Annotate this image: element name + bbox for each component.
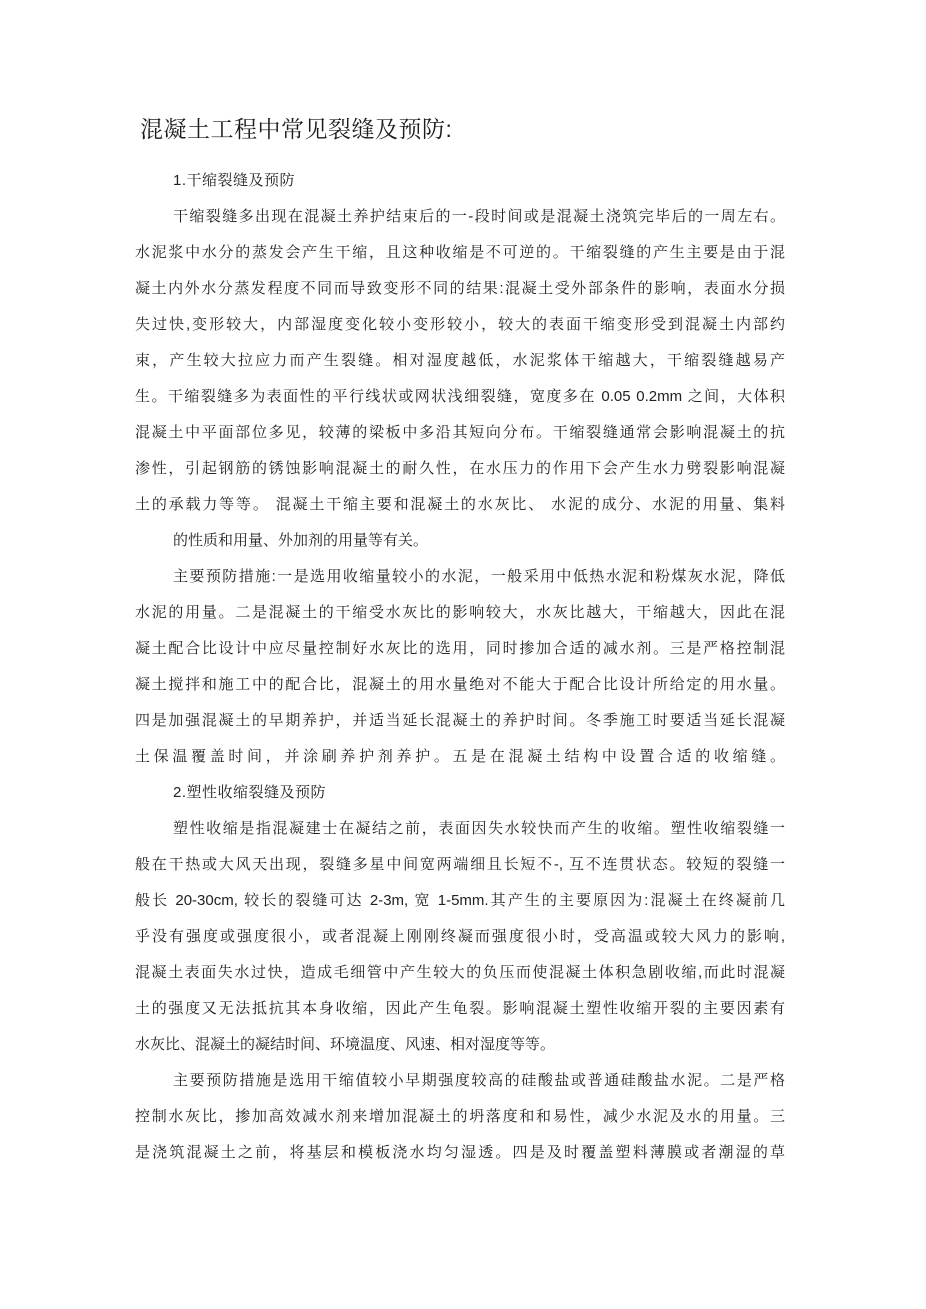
text-line: 主要预防措施是选用干缩值较小早期强度较高的硅酸盐或普通硅酸盐水泥。二是严格	[135, 1063, 785, 1099]
text-line: 般在干热或大风天出现，裂缝多星中间宽两端细且长短不-, 互不连贯状态。较短的裂缝…	[135, 847, 785, 883]
text-line: 土保温覆盖时间，并涂刷养护剂养护。五是在混凝土结构中设置合适的收缩缝。	[135, 739, 785, 775]
document-page: 混凝土工程中常见裂缝及预防: 1.干缩裂缝及预防干缩裂缝多出现在混凝土养护结束后…	[0, 0, 926, 1309]
text-line: 失过快,变形较大，内部湿度变化较小变形较小，较大的表面干缩变形受到混凝土内部约	[135, 307, 785, 343]
document-body: 1.干缩裂缝及预防干缩裂缝多出现在混凝土养护结束后的一-段时间或是混凝土浇筑完毕…	[135, 163, 785, 1171]
text-line: 土的强度又无法抵抗其本身收缩，因此产生龟裂。影响混凝土塑性收缩开裂的主要因素有	[135, 991, 785, 1027]
text-line: 塑性收缩是指混凝建士在凝结之前，表面因失水较快而产生的收缩。塑性收缩裂缝一	[135, 811, 785, 847]
text-line: 生。干缩裂缝多为表面性的平行线状或网状浅细裂缝，宽度多在 0.05 0.2mm …	[135, 379, 785, 415]
text-line: 四是加强混凝土的早期养护，并适当延长混凝土的养护时间。冬季施工时要适当延长混凝	[135, 703, 785, 739]
text-line: 水灰比、混凝土的凝结时间、环境温度、风速、相对湿度等等。	[135, 1027, 785, 1063]
section-heading: 1.干缩裂缝及预防	[135, 163, 785, 199]
text-line: 水泥浆中水分的蒸发会产生干缩，且这种收缩是不可逆的。干缩裂缝的产生主要是由于混	[135, 235, 785, 271]
text-line: 是浇筑混凝土之前，将基层和模板浇水均匀湿透。四是及时覆盖塑料薄膜或者潮湿的草	[135, 1135, 785, 1171]
text-line: 控制水灰比，掺加高效减水剂来增加混凝土的坍落度和和易性，减少水泥及水的用量。三	[135, 1099, 785, 1135]
document-title: 混凝土工程中常见裂缝及预防:	[140, 112, 452, 146]
section-heading: 2.塑性收缩裂缝及预防	[135, 775, 785, 811]
text-line: 土的承载力等等。 混凝土干缩主要和混凝土的水灰比、 水泥的成分、水泥的用量、集料	[135, 487, 785, 523]
text-line: 凝土内外水分蒸发程度不同而导致变形不同的结果:混凝土受外部条件的影响，表面水分损	[135, 271, 785, 307]
text-line: 束，产生较大拉应力而产生裂缝。相对湿度越低，水泥浆体干缩越大，干缩裂缝越易产	[135, 343, 785, 379]
text-line: 的性质和用量、外加剂的用量等有关。	[135, 523, 785, 559]
text-line: 混凝土表面失水过快，造成毛细管中产生较大的负压而使混凝土体积急剧收缩,而此时混凝	[135, 955, 785, 991]
text-line: 乎没有强度或强度很小，或者混凝上刚刚终凝而强度很小时，受高温或较大风力的影响,	[135, 919, 785, 955]
text-line: 干缩裂缝多出现在混凝土养护结束后的一-段时间或是混凝土浇筑完毕后的一周左右。	[135, 199, 785, 235]
text-line: 混凝土中平面部位多见，较薄的梁板中多沿其短向分布。干缩裂缝通常会影响混凝土的抗	[135, 415, 785, 451]
text-line: 水泥的用量。二是混凝土的干缩受水灰比的影响较大，水灰比越大，干缩越大，因此在混	[135, 595, 785, 631]
text-line: 渗性，引起钢筋的锈蚀影响混凝土的耐久性，在水压力的作用下会产生水力劈裂影响混凝	[135, 451, 785, 487]
text-line: 般长 20-30cm, 较长的裂缝可达 2-3m, 宽 1-5mm.其产生的主要…	[135, 883, 785, 919]
text-line: 凝土配合比设计中应尽量控制好水灰比的选用，同时掺加合适的减水剂。三是严格控制混	[135, 631, 785, 667]
text-line: 凝土搅拌和施工中的配合比，混凝土的用水量绝对不能大于配合比设计所给定的用水量。	[135, 667, 785, 703]
text-line: 主要预防措施:一是选用收缩量较小的水泥，一般采用中低热水泥和粉煤灰水泥，降低	[135, 559, 785, 595]
